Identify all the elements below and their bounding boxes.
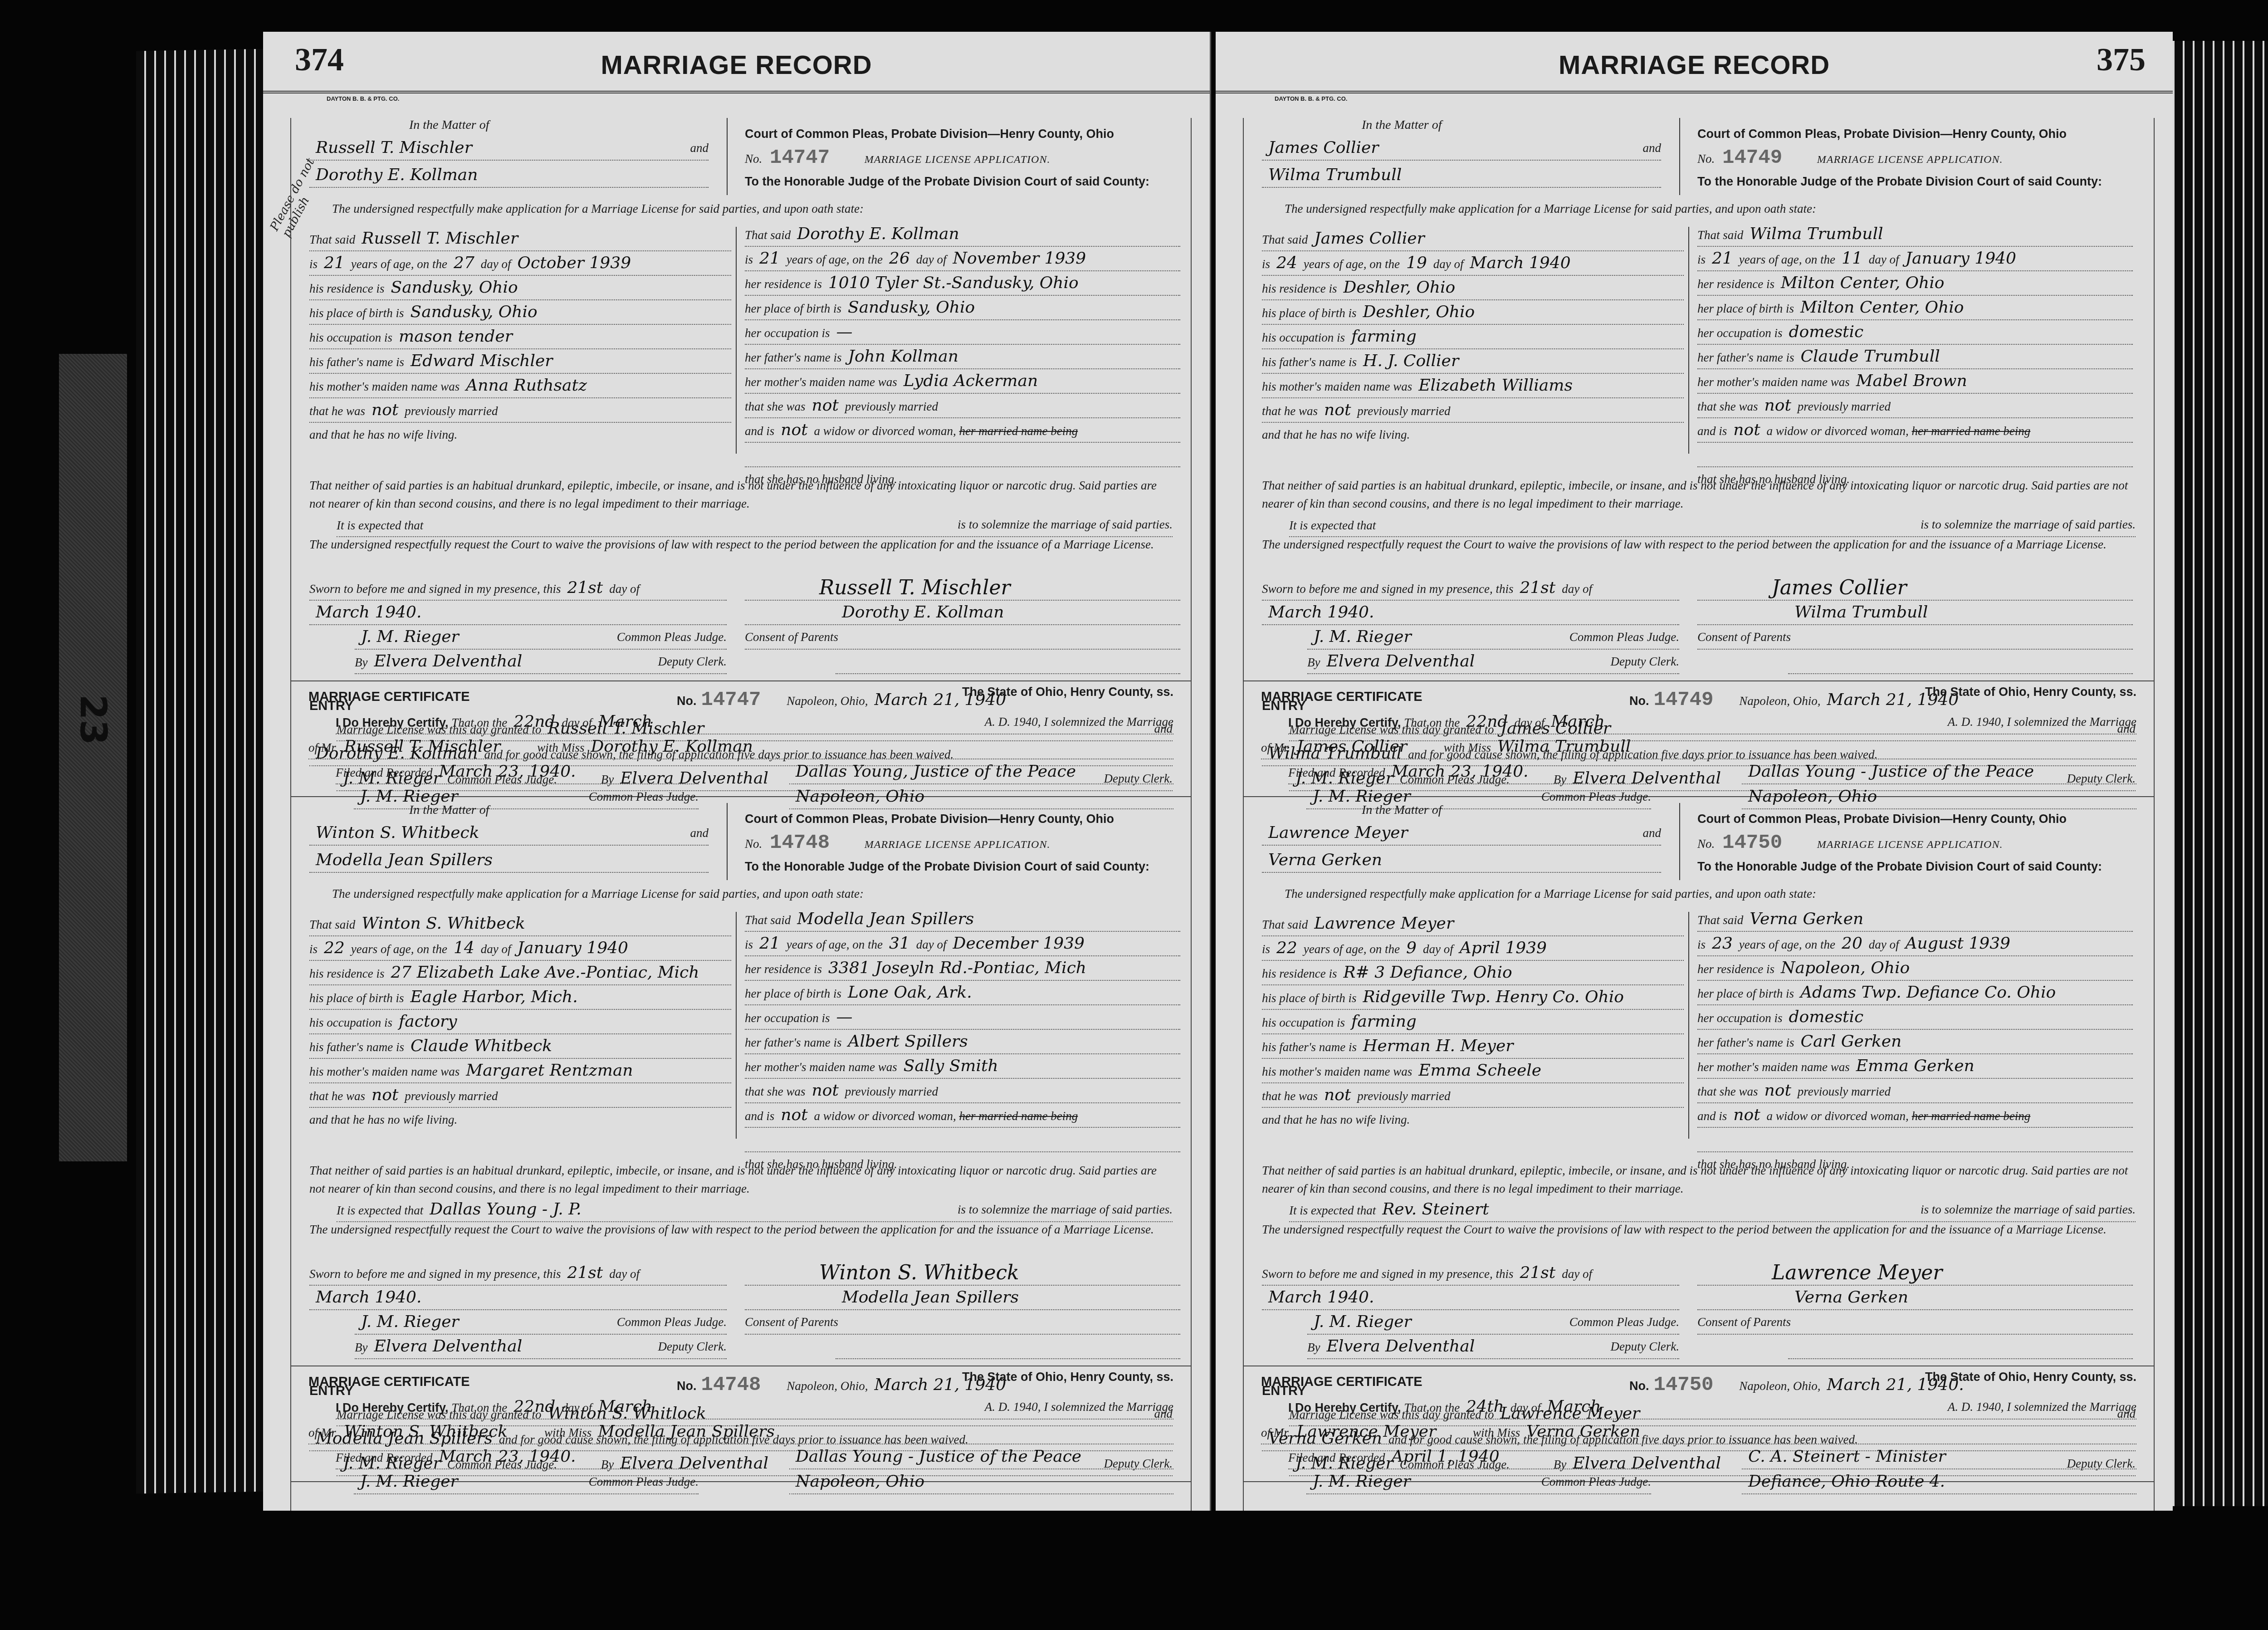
license-number: 14749 <box>1718 147 1787 169</box>
groom-mother: Elizabeth Williams <box>1412 376 1579 395</box>
form-line: her mother's maiden name wasLydia Ackerm… <box>745 369 1180 394</box>
form-label: with Miss <box>544 1426 591 1439</box>
signature-block: Lawrence Meyer Verna Gerken Consent of P… <box>1697 1261 2133 1359</box>
marriage-certificate: MARRIAGE CERTIFICATE The State of Ohio, … <box>290 1370 1192 1511</box>
consent-of-parents-label: Consent of Parents <box>745 1315 838 1329</box>
license-number: 14747 <box>765 147 834 169</box>
signature-groom: Winton S. Whitbeck <box>813 1261 1026 1284</box>
certify-line: I Do Hereby Certify, That on the22ndday … <box>336 1395 1173 1420</box>
form-label: her father's name is <box>745 351 842 364</box>
form-label: is to solemnize the marriage of said par… <box>958 1198 1173 1221</box>
bride-name: Modella Jean Spillers <box>791 910 980 928</box>
form-label: years of age, on the <box>787 938 883 951</box>
groom-occupation: mason tender <box>392 327 519 346</box>
form-label: her mother's maiden name was <box>745 1060 897 1074</box>
bride-birthplace: Milton Center, Ohio <box>1794 298 1970 317</box>
bride-widow-divorced: not <box>774 421 814 439</box>
form-line: his residence is27 Elizabeth Lake Ave.-P… <box>309 961 731 985</box>
form-label: her father's name is <box>1697 1036 1794 1049</box>
expected-officiant-line: It is expected thatDallas Young - J. P. … <box>337 1198 1173 1222</box>
form-line: March 1940. <box>309 1286 727 1310</box>
in-the-matter-label: In the Matter of <box>1362 803 1442 817</box>
form-label: her residence is <box>745 277 822 291</box>
form-label: his mother's maiden name was <box>1262 380 1412 393</box>
in-the-matter-label: In the Matter of <box>1362 118 1442 132</box>
expected-officiant <box>1376 515 1388 534</box>
form-label: her place of birth is <box>745 302 841 315</box>
form-label: That said <box>745 913 791 927</box>
and-label: and <box>1643 136 1662 160</box>
officiant-location-line: Napoleon, Ohio <box>789 1470 1173 1494</box>
form-line: his place of birth isSandusky, Ohio <box>309 300 731 325</box>
form-line: Consent of Parents <box>745 625 1180 650</box>
certificate-judge-line: J. M. RiegerCommon Pleas Judge. <box>354 1470 699 1494</box>
form-line: his residence isR# 3 Defiance, Ohio <box>1262 961 1684 985</box>
form-line: his mother's maiden name wasElizabeth Wi… <box>1262 374 1684 398</box>
form-line: his occupation isfarming <box>1262 1010 1684 1034</box>
form-label: her place of birth is <box>1697 987 1794 1000</box>
bride-occupation: — <box>830 1008 859 1026</box>
groom-birthplace: Deshler, Ohio <box>1357 303 1481 321</box>
groom-name: Russell T. Mischler <box>355 229 524 248</box>
form-label: is <box>1262 257 1270 271</box>
sworn-month-year: March 1940. <box>1262 603 1380 622</box>
groom-details: That saidJames Collier is24years of age,… <box>1262 227 1684 446</box>
filed-recorded-line: Filed and RecordedMarch 23, 1940. <box>336 1445 699 1469</box>
bride-birth-day: 20 <box>1835 934 1869 953</box>
in-the-matter-label: In the Matter of <box>409 803 489 817</box>
form-label: his residence is <box>309 967 384 980</box>
sworn-deputy-clerk: Elvera Delventhal <box>1320 652 1481 671</box>
groom-birth-day: 27 <box>447 254 481 272</box>
form-label: and is <box>1697 424 1727 438</box>
form-line: that he wasnotpreviously married <box>309 1083 731 1108</box>
form-label: By <box>1307 656 1320 669</box>
form-line: Dorothy E. Kollman <box>745 601 1180 625</box>
form-label: his father's name is <box>1262 355 1357 369</box>
groom-birthplace: Eagle Harbor, Mich. <box>404 988 584 1006</box>
form-line: is21years of age, on the31day ofDecember… <box>745 932 1180 956</box>
certificate-mr: James Collier <box>1290 737 1414 756</box>
no-label: No. <box>745 152 762 166</box>
certificate-year: 1940 <box>1976 1400 2001 1414</box>
signature-block: Winton S. Whitbeck Modella Jean Spillers… <box>745 1261 1180 1359</box>
form-label: previously married <box>845 400 938 413</box>
form-label: , I solemnized the Marriage <box>1038 1400 1173 1414</box>
sworn-day: 21st <box>561 1263 609 1282</box>
form-line: J. M. RiegerCommon Pleas Judge. <box>355 1310 727 1335</box>
certificate-miss: Wilma Trumbull <box>1491 737 1637 756</box>
form-line: ByElvera DelventhalDeputy Clerk. <box>355 1335 727 1359</box>
groom-mother: Emma Scheele <box>1412 1061 1548 1080</box>
bride-name: Wilma Trumbull <box>1743 225 1889 243</box>
form-label: previously married <box>405 1089 498 1103</box>
groom-previously-married: not <box>365 1086 405 1104</box>
matter-groom-line: James Collier and <box>1262 136 1661 161</box>
bride-previously-married: not <box>806 1081 845 1100</box>
form-line: her mother's maiden name wasMabel Brown <box>1697 369 2133 394</box>
bride-birth-month-year: December 1939 <box>947 934 1091 953</box>
form-label: day of <box>609 1267 640 1281</box>
section-divider <box>1244 1366 2154 1366</box>
court-heading: Court of Common Pleas, Probate Division—… <box>1697 127 2067 141</box>
form-line: Sworn to before me and signed in my pres… <box>309 576 727 601</box>
section-divider <box>291 680 1191 681</box>
form-line: Consent of Parents <box>1697 1310 2133 1335</box>
form-line: is22years of age, on the14day ofJanuary … <box>309 936 731 961</box>
undersigned-statement: The undersigned respectfully make applic… <box>1285 887 1816 901</box>
groom-occupation: farming <box>1345 1012 1423 1031</box>
form-label: her occupation is <box>1697 326 1782 340</box>
form-line: Sworn to before me and signed in my pres… <box>309 1261 727 1286</box>
form-label: years of age, on the <box>1739 938 1835 951</box>
groom-name: Winton S. Whitbeck <box>355 914 532 933</box>
bride-name: Dorothy E. Kollman <box>791 225 965 243</box>
filed-recorded-date: March 23, 1940. <box>432 762 582 781</box>
form-line: ByElvera DelventhalDeputy Clerk. <box>355 650 727 674</box>
officiant-line: Dallas Young - Justice of the Peace <box>789 1445 1173 1469</box>
certificate-officiant: C. A. Steinert - Minister <box>1742 1447 1952 1466</box>
form-line: her residence is3381 Joseyln Rd.-Pontiac… <box>745 956 1180 981</box>
filed-recorded-date: April 1, 1940 <box>1385 1447 1505 1466</box>
waive-clause: The undersigned respectfully request the… <box>1262 1220 2136 1238</box>
consent-line <box>836 650 1180 674</box>
form-line: That saidLawrence Meyer <box>1262 912 1684 936</box>
form-label: his place of birth is <box>1262 306 1357 320</box>
bride-previously-married: not <box>1758 396 1798 415</box>
groom-age: 21 <box>318 254 351 272</box>
form-line: her place of birth isLone Oak, Ark. <box>745 981 1180 1005</box>
form-line: that she wasnotpreviously married <box>745 394 1180 418</box>
signature-bride: Wilma Trumbull <box>1788 603 1934 622</box>
form-label: A. D. <box>985 715 1010 729</box>
groom-birthplace: Ridgeville Twp. Henry Co. Ohio <box>1357 988 1630 1006</box>
and-label: and <box>690 821 709 845</box>
form-label: I Do Hereby Certify, <box>1288 1401 1401 1415</box>
sworn-judge: J. M. Rieger <box>355 627 465 646</box>
form-label: day of <box>1423 942 1453 956</box>
officiant-line: C. A. Steinert - Minister <box>1742 1445 2136 1469</box>
consent-of-parents-label: Consent of Parents <box>1697 1315 1791 1329</box>
form-label: of Mr. <box>1261 741 1290 754</box>
form-line <box>745 1128 1180 1152</box>
certificate-names-line: of Mr.Lawrence Meyer with MissVerna Gerk… <box>1261 1420 2136 1444</box>
certificate-miss: Dorothy E. Kollman <box>584 737 759 756</box>
form-line: her mother's maiden name wasEmma Gerken <box>1697 1054 2133 1079</box>
form-label: A. D. 1940, I solemnized the Marriage <box>985 710 1173 734</box>
bride-birth-day: 31 <box>883 934 916 953</box>
page-stack-edge-right <box>2173 41 2268 1506</box>
form-line: Wilma Trumbull <box>1697 601 2133 625</box>
groom-previously-married: not <box>1318 1086 1357 1104</box>
form-label: previously married <box>845 1085 938 1098</box>
bride-age: 23 <box>1706 934 1739 953</box>
form-line: that she wasnotpreviously married <box>1697 394 2133 418</box>
form-label: is to solemnize the marriage of said par… <box>958 513 1173 536</box>
no-label: No. <box>1697 837 1715 851</box>
form-label: That on the <box>451 716 507 729</box>
form-line: his mother's maiden name wasEmma Scheele <box>1262 1059 1684 1083</box>
form-label: day of <box>916 938 947 951</box>
form-label: her residence is <box>745 962 822 976</box>
form-label: Common Pleas Judge. <box>1541 1470 1651 1493</box>
groom-father: Herman H. Meyer <box>1357 1037 1520 1055</box>
form-label: years of age, on the <box>1739 253 1835 266</box>
form-label: Filed and Recorded <box>336 1451 432 1464</box>
no-wife-statement: and that he has no wife living. <box>309 1108 731 1131</box>
matter-bride-line: Wilma Trumbull <box>1262 163 1661 188</box>
form-label: It is expected that <box>337 1204 423 1217</box>
groom-name: Lawrence Meyer <box>1308 914 1460 933</box>
form-line: his place of birth isDeshler, Ohio <box>1262 300 1684 325</box>
certificate-year: 1940 <box>1013 1400 1038 1414</box>
form-label: That said <box>309 918 355 931</box>
bride-age: 21 <box>753 934 787 953</box>
no-label: No. <box>1697 152 1715 166</box>
court-heading: Court of Common Pleas, Probate Division—… <box>745 812 1114 826</box>
neither-clause: That neither of said parties is an habit… <box>309 476 1173 513</box>
sworn-block: Sworn to before me and signed in my pres… <box>1262 1261 1679 1359</box>
matter-bride: Modella Jean Spillers <box>309 851 499 869</box>
signature-block: James Collier Wilma Trumbull Consent of … <box>1697 576 2133 674</box>
no-label: No. <box>745 837 762 851</box>
consent-line <box>836 1335 1180 1359</box>
form-label: Sworn to before me and signed in my pres… <box>309 1267 561 1281</box>
form-label: that she was <box>745 1085 806 1098</box>
expected-officiant: Rev. Steinert <box>1376 1200 1495 1219</box>
form-line: his place of birth isEagle Harbor, Mich. <box>309 985 731 1010</box>
form-label: his residence is <box>309 282 384 295</box>
sworn-block: Sworn to before me and signed in my pres… <box>309 576 727 674</box>
form-label: his place of birth is <box>309 306 404 320</box>
signature-bride: Dorothy E. Kollman <box>836 603 1010 622</box>
matter-groom: Winton S. Whitbeck <box>309 823 486 842</box>
form-label: A. D. <box>985 1400 1010 1414</box>
form-label: Deputy Clerk. <box>1611 1335 1679 1358</box>
form-line: James Collier <box>1697 576 2133 601</box>
form-label: her father's name is <box>745 1036 842 1049</box>
form-line: March 1940. <box>1262 601 1679 625</box>
license-no-line: No. 14748 MARRIAGE LICENSE APPLICATION. <box>745 830 1180 856</box>
form-label: day of <box>1562 582 1592 596</box>
form-label: his residence is <box>1262 967 1337 980</box>
form-line: his father's name isH. J. Collier <box>1262 349 1684 374</box>
certificate-officiant-location: Napoleon, Ohio <box>789 1472 931 1491</box>
matter-groom: Lawrence Meyer <box>1262 823 1414 842</box>
form-label: of Mr. <box>1261 1426 1290 1439</box>
form-line: Russell T. Mischler <box>745 576 1180 601</box>
waive-clause: The undersigned respectfully request the… <box>309 535 1173 553</box>
form-label: her mother's maiden name was <box>745 375 897 389</box>
page-header: 375MARRIAGE RECORD <box>1216 32 2173 93</box>
form-line: her father's name isJohn Kollman <box>745 345 1180 369</box>
form-line: her occupation isdomestic <box>1697 1005 2133 1030</box>
groom-details: That saidLawrence Meyer is22years of age… <box>1262 912 1684 1131</box>
form-label: a widow or divorced woman, <box>1767 424 1909 438</box>
form-label: is <box>1697 253 1706 266</box>
license-number: 14748 <box>765 832 834 854</box>
marriage-certificate: MARRIAGE CERTIFICATE The State of Ohio, … <box>1243 1370 2155 1511</box>
no-wife-statement: and that he has no wife living. <box>1262 1108 1684 1131</box>
form-label: that he was <box>309 404 365 418</box>
form-label: and is <box>745 1109 774 1123</box>
certificate-year: 1940 <box>1976 715 2001 729</box>
bride-residence: 3381 Joseyln Rd.-Pontiac, Mich <box>822 959 1093 977</box>
neither-clause: That neither of said parties is an habit… <box>309 1161 1173 1198</box>
bride-birth-day: 11 <box>1835 249 1869 268</box>
form-label: is <box>745 938 753 951</box>
form-line: her occupation isdomestic <box>1697 320 2133 345</box>
groom-birth-month-year: March 1940 <box>1464 254 1577 272</box>
license-no-line: No. 14749 MARRIAGE LICENSE APPLICATION. <box>1697 145 2133 171</box>
form-label: A. D. 1940, I solemnized the Marriage <box>1948 710 2136 734</box>
form-label: her occupation is <box>1697 1011 1782 1025</box>
form-line: and isnota widow or divorced woman, her … <box>1697 418 2133 443</box>
certificate-heading: MARRIAGE CERTIFICATE <box>308 1375 470 1390</box>
signature-bride: Verna Gerken <box>1788 1288 1915 1307</box>
form-label: , I solemnized the Marriage <box>2001 715 2136 729</box>
form-label: That on the <box>1404 716 1460 729</box>
officiant-location-line: Defiance, Ohio Route 4. <box>1742 1470 2136 1494</box>
form-label: That said <box>745 228 791 242</box>
officiant-line: Dallas Young - Justice of the Peace <box>1742 760 2136 784</box>
bride-birthplace: Lone Oak, Ark. <box>841 983 978 1002</box>
to-judge-heading: To the Honorable Judge of the Probate Di… <box>1697 860 2102 874</box>
bride-father: Claude Trumbull <box>1794 347 1946 366</box>
bride-birth-month-year: January 1940 <box>1899 249 2023 268</box>
matter-groom-line: Winton S. Whitbeck and <box>309 821 709 846</box>
bride-details: That saidVerna Gerken is23years of age, … <box>1697 907 2133 1176</box>
form-line: Winton S. Whitbeck <box>745 1261 1180 1286</box>
filed-recorded-line: Filed and RecordedMarch 23, 1940. <box>1288 760 1651 784</box>
column-divider <box>736 912 737 1139</box>
license-no-line: No. 14750 MARRIAGE LICENSE APPLICATION. <box>1697 830 2133 856</box>
matter-brace <box>1679 803 1680 880</box>
sworn-judge: J. M. Rieger <box>1307 627 1418 646</box>
waive-clause: The undersigned respectfully request the… <box>309 1220 1173 1238</box>
bride-birth-month-year: August 1939 <box>1899 934 2017 953</box>
form-label: That said <box>1697 913 1743 927</box>
matter-bride-line: Verna Gerken <box>1262 848 1661 873</box>
column-divider <box>1688 227 1689 454</box>
form-line: Consent of Parents <box>1697 625 2133 650</box>
certificate-miss: Verna Gerken <box>1520 1422 1647 1441</box>
groom-residence: Sandusky, Ohio <box>384 278 524 297</box>
form-line: Sworn to before me and signed in my pres… <box>1262 576 1679 601</box>
form-label: is <box>309 942 318 956</box>
matter-bride: Dorothy E. Kollman <box>309 166 484 184</box>
form-label: Common Pleas Judge. <box>617 1310 727 1334</box>
form-label: that he was <box>1262 1089 1318 1103</box>
form-label: his father's name is <box>1262 1040 1357 1054</box>
form-label: years of age, on the <box>351 257 447 271</box>
form-line: his place of birth isRidgeville Twp. Hen… <box>1262 985 1684 1010</box>
filed-recorded-line: Filed and RecordedMarch 23, 1940. <box>336 760 699 784</box>
book-spine-left: 23 <box>59 354 127 1161</box>
undersigned-statement: The undersigned respectfully make applic… <box>1285 202 1816 216</box>
bride-residence: Napoleon, Ohio <box>1774 959 1916 977</box>
form-label: his mother's maiden name was <box>309 1065 459 1078</box>
consent-of-parents-label: Consent of Parents <box>1697 630 1791 644</box>
signature-groom: James Collier <box>1765 576 1913 599</box>
form-label: It is expected that <box>337 519 423 532</box>
certificate-officiant: Dallas Young, Justice of the Peace <box>789 762 1082 781</box>
application-title: MARRIAGE LICENSE APPLICATION. <box>865 839 1051 851</box>
form-label: Sworn to before me and signed in my pres… <box>1262 582 1513 596</box>
form-label: , I solemnized the Marriage <box>1038 715 1173 729</box>
signature-groom: Lawrence Meyer <box>1765 1261 1949 1284</box>
in-the-matter-label: In the Matter of <box>409 118 489 132</box>
form-label: that he was <box>309 1089 365 1103</box>
form-line: Modella Jean Spillers <box>745 1286 1180 1310</box>
form-label: That on the <box>1404 1401 1460 1415</box>
form-line: his residence isSandusky, Ohio <box>309 276 731 300</box>
certificate-officiant: Dallas Young - Justice of the Peace <box>789 1447 1088 1466</box>
groom-birthplace: Sandusky, Ohio <box>404 303 544 321</box>
form-label: with Miss <box>1473 1426 1520 1439</box>
form-label: It is expected that <box>1289 519 1376 532</box>
form-line: his mother's maiden name wasMargaret Ren… <box>309 1059 731 1083</box>
certificate-mr: Lawrence Meyer <box>1290 1422 1443 1441</box>
groom-mother: Margaret Rentzman <box>459 1061 639 1080</box>
groom-age: 22 <box>1270 939 1304 957</box>
form-label: that she was <box>745 400 806 413</box>
matter-brace <box>1679 118 1680 195</box>
form-label: day of <box>1869 938 1899 951</box>
form-line: her place of birth isAdams Twp. Defiance… <box>1697 981 2133 1005</box>
form-line: her mother's maiden name wasSally Smith <box>745 1054 1180 1079</box>
application-title: MARRIAGE LICENSE APPLICATION. <box>1817 839 2003 851</box>
form-line: That saidModella Jean Spillers <box>745 907 1180 932</box>
license-no-line: No. 14747 MARRIAGE LICENSE APPLICATION. <box>745 145 1180 171</box>
ledger-page-left: 374MARRIAGE RECORDDAYTON B. B. & PTG. CO… <box>263 32 1211 1511</box>
form-label: is to solemnize the marriage of said par… <box>1921 513 2136 536</box>
bride-details: That saidModella Jean Spillers is21years… <box>745 907 1180 1176</box>
sworn-block: Sworn to before me and signed in my pres… <box>309 1261 727 1359</box>
form-line: is23years of age, on the20day ofAugust 1… <box>1697 932 2133 956</box>
certificate-officiant-location: Defiance, Ohio Route 4. <box>1742 1472 1951 1491</box>
form-line: her father's name isCarl Gerken <box>1697 1030 2133 1054</box>
form-label: Common Pleas Judge. <box>1569 625 1679 649</box>
form-label: previously married <box>1357 1089 1450 1103</box>
certificate-month: March <box>592 712 659 731</box>
form-label: day of <box>1562 1267 1592 1281</box>
form-label: A. D. 1940, I solemnized the Marriage <box>1948 1395 2136 1419</box>
form-line: is21years of age, on the11day ofJanuary … <box>1697 247 2133 271</box>
form-label: It is expected that <box>1289 1204 1376 1217</box>
form-label: By <box>1307 1341 1320 1354</box>
form-label: Common Pleas Judge. <box>1569 1310 1679 1334</box>
form-label: day of <box>562 716 592 729</box>
sworn-month-year: March 1940. <box>309 1288 428 1307</box>
form-label: Common Pleas Judge. <box>589 1470 699 1493</box>
form-line: J. M. RiegerCommon Pleas Judge. <box>1307 625 1679 650</box>
side-tab-number: 23 <box>72 695 114 745</box>
groom-birth-month-year: October 1939 <box>511 254 637 272</box>
column-divider <box>1688 912 1689 1139</box>
bride-father: Albert Spillers <box>842 1032 974 1051</box>
form-label: his occupation is <box>309 1016 392 1029</box>
form-line: his father's name isEdward Mischler <box>309 349 731 374</box>
form-label: day of <box>1433 257 1464 271</box>
certificate-day: 22nd <box>507 712 562 731</box>
matter-bride-line: Dorothy E. Kollman <box>309 163 709 188</box>
form-line: his father's name isHerman H. Meyer <box>1262 1034 1684 1059</box>
certificate-heading: MARRIAGE CERTIFICATE <box>1261 690 1422 705</box>
certificate-mr: Russell T. Mischler <box>338 737 507 756</box>
form-label: his occupation is <box>1262 331 1345 344</box>
bride-residence: Milton Center, Ohio <box>1774 274 1951 292</box>
